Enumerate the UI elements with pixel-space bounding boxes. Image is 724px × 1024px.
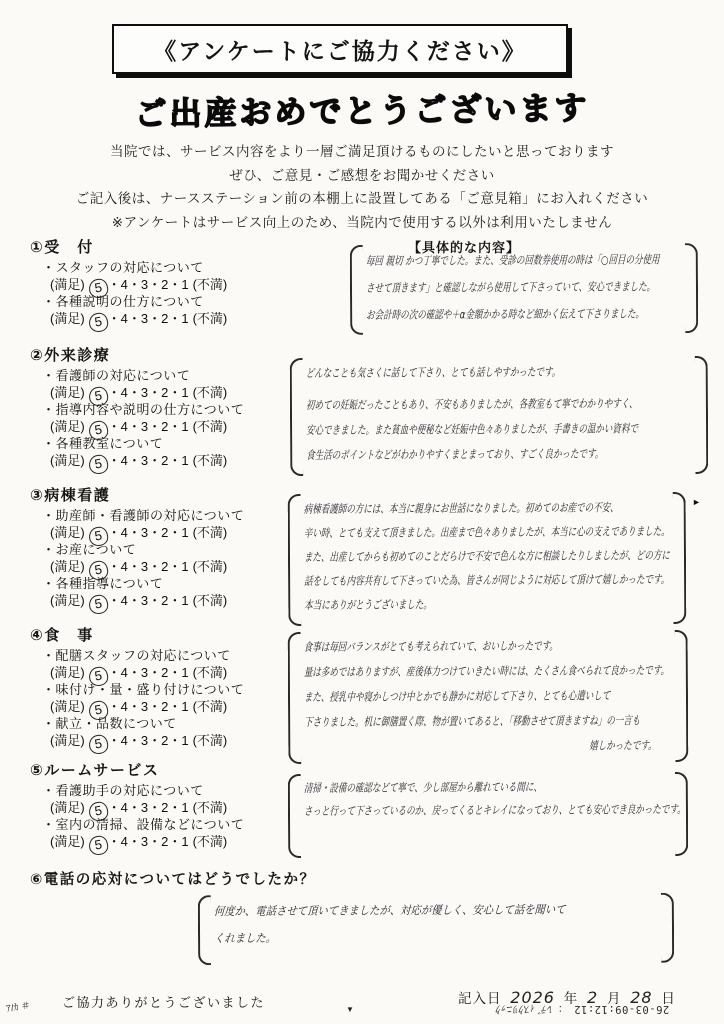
question-item: ・お産について (満足)5・4・3・2・1(不満) — [42, 541, 244, 575]
question-label: ・味付け・量・盛り付けについて — [42, 681, 244, 698]
circled-rating: 5 — [87, 733, 109, 755]
question-item: ・各種教室について (満足)5・4・3・2・1(不満) — [42, 435, 244, 469]
circled-rating: 5 — [87, 311, 109, 333]
section-reception: ①受 付 ・スタッフの対応について (満足)5・4・3・2・1(不満) ・各種説… — [30, 240, 227, 327]
section-heading: ③病棟看護 — [30, 488, 244, 504]
comment-phone: 何度か、電話させて頂いてきましたが、対応が優しく、安心して話を聞いて くれました… — [214, 896, 656, 962]
question-label: ・助産師・看護師の対応について — [42, 507, 244, 524]
circled-rating: 5 — [87, 593, 109, 615]
question-label: ・室内の清掃、設備などについて — [42, 816, 244, 833]
comment-meals: 食事は毎回バランスがとても考えられていて、おいしかったです。 量は多めではありま… — [304, 633, 671, 761]
question-label: ・配膳スタッフの対応について — [42, 647, 244, 664]
question-label: ・各種説明の仕方について — [42, 293, 227, 310]
section-phone: ⑥電話の応対についてはどうでしたか？ — [30, 872, 316, 891]
question-item: ・室内の清掃、設備などについて (満足)5・4・3・2・1(不満) — [42, 816, 244, 850]
right-triangle-icon: ► — [692, 497, 701, 507]
section-heading: ⑥電話の応対についてはどうでしたか？ — [30, 872, 316, 888]
section-meals: ④食 事 ・配膳スタッフの対応について (満足)5・4・3・2・1(不満) ・味… — [30, 628, 244, 749]
bracket-left — [288, 632, 302, 764]
question-item: ・各種指導について (満足)5・4・3・2・1(不満) — [42, 575, 244, 609]
comment-room-service: 清掃・設備の確認などて寧で、少し部屋から離れている間に、 さっと行って下さってい… — [304, 775, 670, 855]
section-room-service: ⑤ルームサービス ・看護助手の対応について (満足)5・4・3・2・1(不満) … — [30, 763, 244, 850]
intro-paragraph: 当院では、サービス内容をより一層ご満足頂けるものにしたいと思っております ぜひ、… — [0, 140, 724, 234]
scan-mark-left: ｱ/ｶ ＃ — [5, 997, 31, 1015]
question-label: ・指導内容や説明の仕方について — [42, 401, 244, 418]
section-heading: ④食 事 — [30, 628, 244, 644]
bracket-right — [673, 492, 687, 624]
rating-scale: (満足)5・4・3・2・1(不満) — [42, 310, 227, 332]
question-item: ・看護師の対応について (満足)5・4・3・2・1(不満) — [42, 367, 244, 401]
question-item: ・味付け・量・盛り付けについて (満足)5・4・3・2・1(不満) — [42, 681, 244, 715]
bracket-left — [288, 494, 302, 626]
intro-line: ぜひ、ご意見・ご感想をお聞かせください — [0, 164, 724, 188]
bracket-left — [288, 774, 301, 858]
intro-line: ※アンケートはサービス向上のため、当院内で使用する以外は利用いたしません — [0, 211, 724, 235]
bracket-right — [685, 243, 698, 333]
comment-outpatient: どんなことも気さくに話して下さり、とても話しやすかったです。 初めての妊娠だった… — [306, 359, 691, 473]
banner-title: 《アンケートにご協力ください》 — [153, 33, 527, 66]
bracket-right — [675, 630, 689, 762]
bracket-left — [198, 895, 211, 965]
question-label: ・看護師の対応について — [42, 367, 244, 384]
section-heading: ①受 付 — [30, 240, 227, 256]
question-item: ・指導内容や説明の仕方について (満足)5・4・3・2・1(不満) — [42, 401, 244, 435]
question-label: ・看護助手の対応について — [42, 782, 244, 799]
fax-imprint: 26-03-09:12:12 ：ﾚﾃﾞｨｽｸﾘﾆｯｸ — [452, 1002, 712, 1017]
comment-ward-nursing: 病棟看護師の方には、本当に親身にお世話になりました。初めてのお産での不安、 辛い… — [304, 495, 669, 623]
question-item: ・各種説明の仕方について (満足)5・4・3・2・1(不満) — [42, 293, 227, 327]
bracket-left — [290, 358, 304, 476]
comment-reception: 毎回 親切 かつ丁寧でした。また、受診の回数券使用の時は「○回目の分使用 させて… — [366, 246, 680, 332]
rating-scale: (満足)5・4・3・2・1(不満) — [42, 833, 244, 855]
down-triangle-icon: ▼ — [346, 1005, 354, 1014]
bracket-right — [695, 356, 709, 474]
question-item: ・看護助手の対応について (満足)5・4・3・2・1(不満) — [42, 782, 244, 816]
section-heading: ②外来診療 — [30, 348, 244, 364]
bracket-right — [661, 893, 674, 963]
circled-rating: 5 — [87, 834, 109, 856]
section-outpatient: ②外来診療 ・看護師の対応について (満足)5・4・3・2・1(不満) ・指導内… — [30, 348, 244, 469]
scanned-questionnaire-page: 《アンケートにご協力ください》 ご出産おめでとうございます 当院では、サービス内… — [0, 0, 724, 1024]
section-ward-nursing: ③病棟看護 ・助産師・看護師の対応について (満足)5・4・3・2・1(不満) … — [30, 488, 244, 609]
intro-line: 当院では、サービス内容をより一層ご満足頂けるものにしたいと思っております — [0, 140, 724, 164]
question-item: ・スタッフの対応について (満足)5・4・3・2・1(不満) — [42, 259, 227, 293]
question-item: ・助産師・看護師の対応について (満足)5・4・3・2・1(不満) — [42, 507, 244, 541]
circled-rating: 5 — [87, 453, 109, 475]
thanks-text: ご協力ありがとうございました — [62, 992, 265, 1011]
question-item: ・献立・品数について (満足)5・4・3・2・1(不満) — [42, 715, 244, 749]
banner-box: 《アンケートにご協力ください》 — [112, 24, 568, 74]
question-label: ・スタッフの対応について — [42, 259, 227, 276]
intro-line: ご記入後は、ナースステーション前の本棚上に設置してある「ご意見箱」にお入れくださ… — [0, 187, 724, 211]
question-item: ・配膳スタッフの対応について (満足)5・4・3・2・1(不満) — [42, 647, 244, 681]
section-heading: ⑤ルームサービス — [30, 763, 244, 779]
rating-scale: (満足)5・4・3・2・1(不満) — [42, 592, 244, 614]
rating-scale: (満足)5・4・3・2・1(不満) — [42, 452, 244, 474]
rating-scale: (満足)5・4・3・2・1(不満) — [42, 732, 244, 754]
bracket-left — [350, 245, 363, 335]
page-title: ご出産おめでとうございます — [0, 81, 724, 137]
